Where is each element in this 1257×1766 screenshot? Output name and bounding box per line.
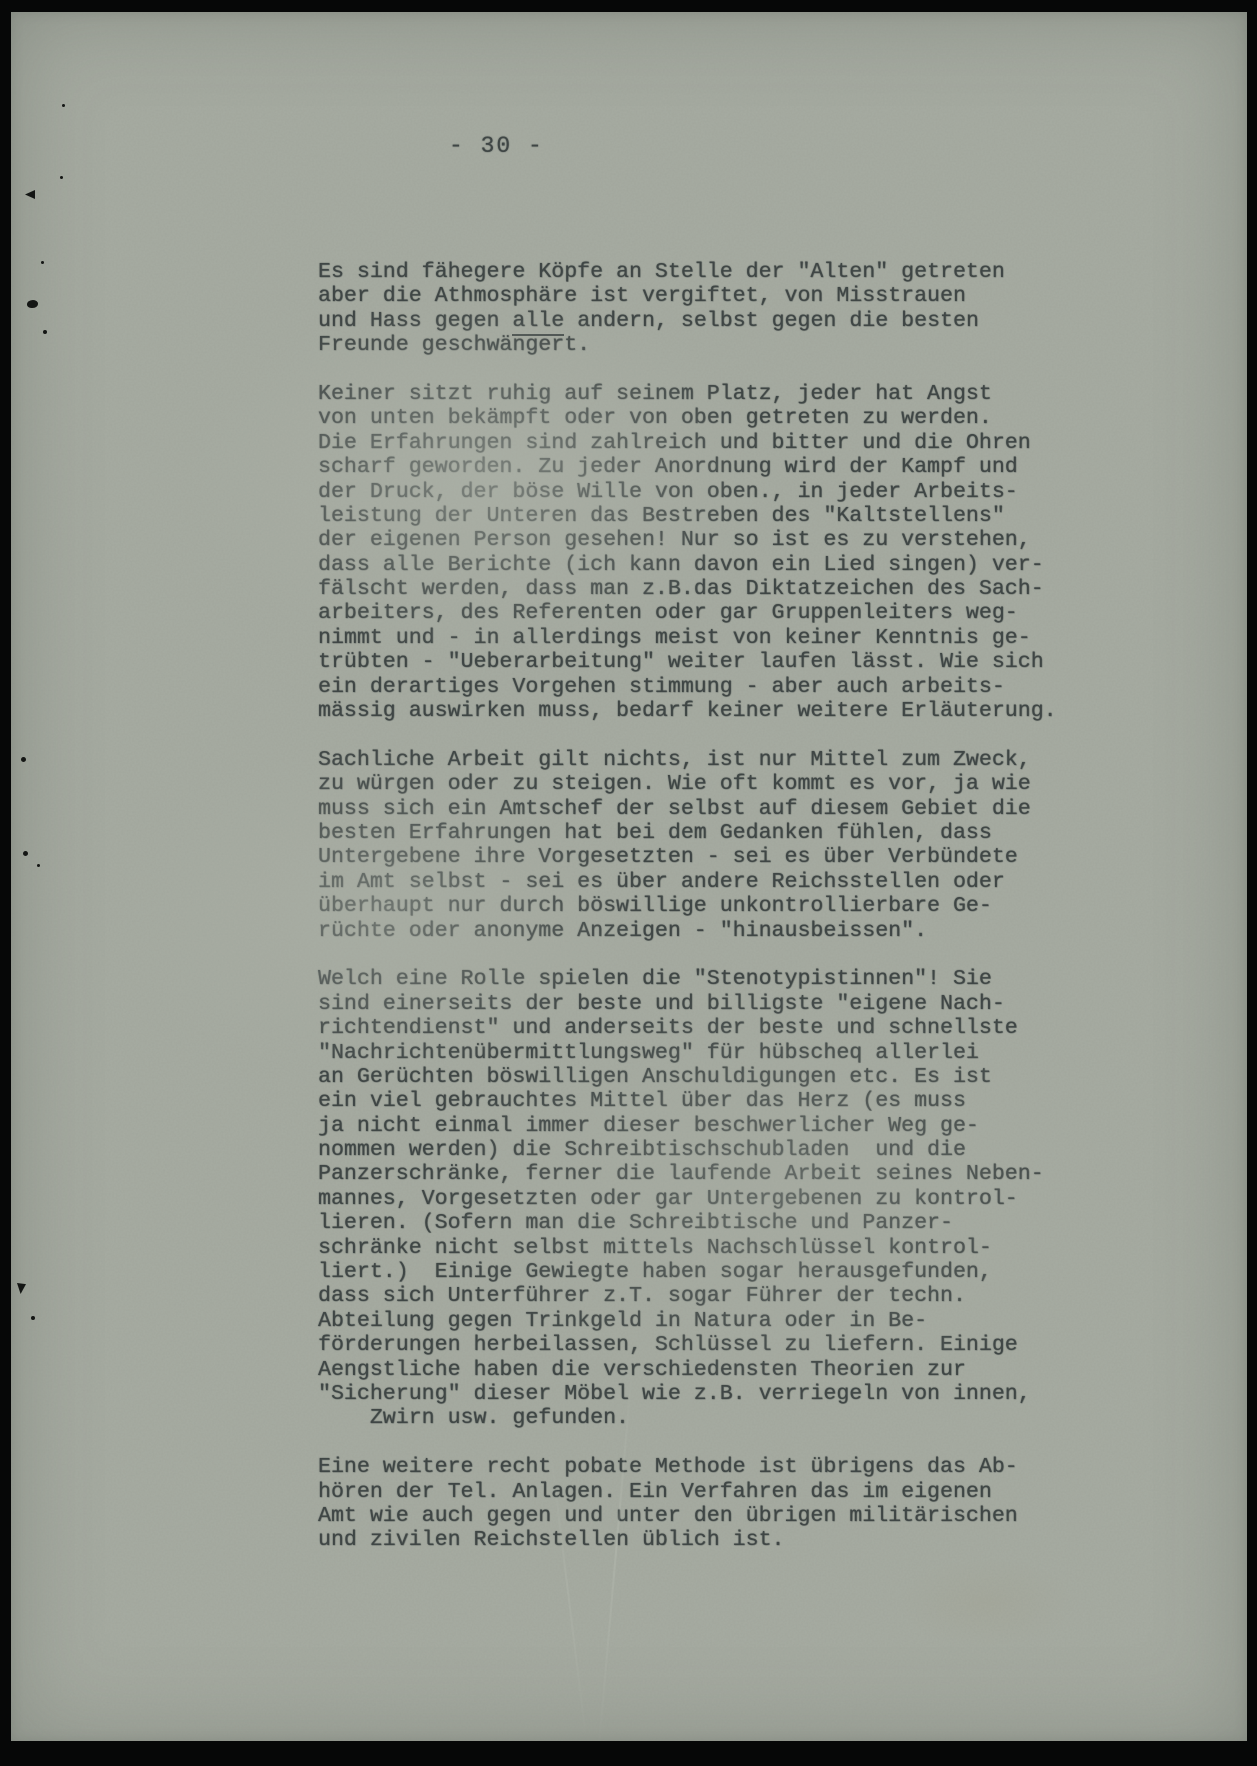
text-line: und Hass gegen alle andern, selbst gegen…	[318, 309, 1218, 333]
scan-speck	[31, 1316, 35, 1320]
text-line: von unten bekämpft oder von oben getrete…	[318, 406, 1218, 430]
text-line: Untergebene ihre Vorgesetzten - sei es ü…	[318, 845, 1218, 869]
text-line: mässig auswirken muss, bedarf keiner wei…	[318, 699, 1218, 723]
text-line: Sachliche Arbeit gilt nichts, ist nur Mi…	[318, 748, 1218, 772]
text-line: Die Erfahrungen sind zahlreich und bitte…	[318, 431, 1218, 455]
scan-speck	[62, 104, 65, 107]
scanned-page: - 30 - Es sind fähegere Köpfe an Stelle …	[0, 0, 1257, 1766]
text-line: der eigenen Person gesehen! Nur so ist e…	[318, 528, 1218, 552]
text-line: Welch eine Rolle spielen die "Stenotypis…	[318, 967, 1218, 991]
scan-speck	[37, 864, 40, 867]
text-line: besten Erfahrungen hat bei dem Gedanken …	[318, 821, 1218, 845]
paragraph: Keiner sitzt ruhig auf seinem Platz, jed…	[318, 382, 1218, 723]
text-line: lieren. (Sofern man die Schreibtische un…	[318, 1211, 1218, 1235]
text-line: Freunde geschwängert.	[318, 333, 1218, 357]
text-line: sind einerseits der beste und billigste …	[318, 992, 1218, 1016]
text-line: förderungen herbeilassen, Schlüssel zu l…	[318, 1333, 1218, 1357]
text-line: Aengstliche haben die verschiedensten Th…	[318, 1358, 1218, 1382]
paragraph: Eine weitere recht pobate Methode ist üb…	[318, 1455, 1218, 1553]
scan-speck	[25, 190, 35, 199]
scan-speck	[43, 330, 47, 334]
text-line: im Amt selbst - sei es über andere Reich…	[318, 870, 1218, 894]
text-line: Es sind fähegere Köpfe an Stelle der "Al…	[318, 260, 1218, 284]
text-line: "Sicherung" dieser Möbel wie z.B. verrie…	[318, 1382, 1218, 1406]
page-number: - 30 -	[449, 133, 544, 159]
text-line: und zivilen Reichstellen üblich ist.	[318, 1528, 1218, 1552]
text-line: Keiner sitzt ruhig auf seinem Platz, jed…	[318, 382, 1218, 406]
text-line: "Nachrichtenübermittlungsweg" für hübsch…	[318, 1041, 1218, 1065]
text-line: überhaupt nur durch böswillige unkontrol…	[318, 894, 1218, 918]
text-line: zu würgen oder zu steigen. Wie oft kommt…	[318, 772, 1218, 796]
text-line: liert.) Einige Gewiegte haben sogar hera…	[318, 1260, 1218, 1284]
typed-text: Es sind fähegere Köpfe an Stelle der "Al…	[318, 260, 1218, 1553]
text-line: an Gerüchten böswilligen Anschuldigungen…	[318, 1065, 1218, 1089]
text-line: aber die Athmosphäre ist vergiftet, von …	[318, 284, 1218, 308]
text-line: leistung der Unteren das Bestreben des "…	[318, 504, 1218, 528]
text-line: Abteilung gegen Trinkgeld in Natura oder…	[318, 1309, 1218, 1333]
paragraph: Sachliche Arbeit gilt nichts, ist nur Mi…	[318, 748, 1218, 943]
text-line: ein derartiges Vorgehen stimmung - aber …	[318, 675, 1218, 699]
paragraph: Es sind fähegere Köpfe an Stelle der "Al…	[318, 260, 1218, 358]
text-line: der Druck, der böse Wille von oben., in …	[318, 480, 1218, 504]
text-line: schränke nicht selbst mittels Nachschlüs…	[318, 1236, 1218, 1260]
underlined-word: alle	[512, 309, 564, 336]
text-line: mannes, Vorgesetzten oder gar Untergeben…	[318, 1187, 1218, 1211]
text-line: Amt wie auch gegen und unter den übrigen…	[318, 1504, 1218, 1528]
scan-speck	[60, 176, 63, 179]
text-line: arbeiters, des Referenten oder gar Grupp…	[318, 601, 1218, 625]
text-line: Zwirn usw. gefunden.	[318, 1406, 1218, 1430]
text-line: nimmt und - in allerdings meist von kein…	[318, 626, 1218, 650]
scan-speck	[17, 1283, 26, 1294]
text-line: richtendienst" und anderseits der beste …	[318, 1016, 1218, 1040]
text-line: Panzerschränke, ferner die laufende Arbe…	[318, 1162, 1218, 1186]
text-line: trübten - "Ueberarbeitung" weiter laufen…	[318, 650, 1218, 674]
text-line: dass sich Unterführer z.T. sogar Führer …	[318, 1284, 1218, 1308]
text-line: scharf geworden. Zu jeder Anordnung wird…	[318, 455, 1218, 479]
paragraph: Welch eine Rolle spielen die "Stenotypis…	[318, 967, 1218, 1430]
text-line: ein viel gebrauchtes Mittel über das Her…	[318, 1089, 1218, 1113]
text-line: dass alle Berichte (ich kann davon ein L…	[318, 553, 1218, 577]
text-line: muss sich ein Amtschef der selbst auf di…	[318, 797, 1218, 821]
scan-speck	[27, 300, 38, 308]
text-line: fälscht werden, dass man z.B.das Diktatz…	[318, 577, 1218, 601]
scan-speck	[21, 757, 26, 762]
scan-speck	[41, 261, 44, 264]
text-line: ja nicht einmal immer dieser beschwerlic…	[318, 1114, 1218, 1138]
text-line: rüchte oder anonyme Anzeigen - "hinausbe…	[318, 919, 1218, 943]
paper-sheet: - 30 - Es sind fähegere Köpfe an Stelle …	[11, 12, 1247, 1741]
text-line: hören der Tel. Anlagen. Ein Verfahren da…	[318, 1480, 1218, 1504]
text-line: nommen werden) die Schreibtischschublade…	[318, 1138, 1218, 1162]
scan-speck	[23, 851, 28, 856]
text-line: Eine weitere recht pobate Methode ist üb…	[318, 1455, 1218, 1479]
